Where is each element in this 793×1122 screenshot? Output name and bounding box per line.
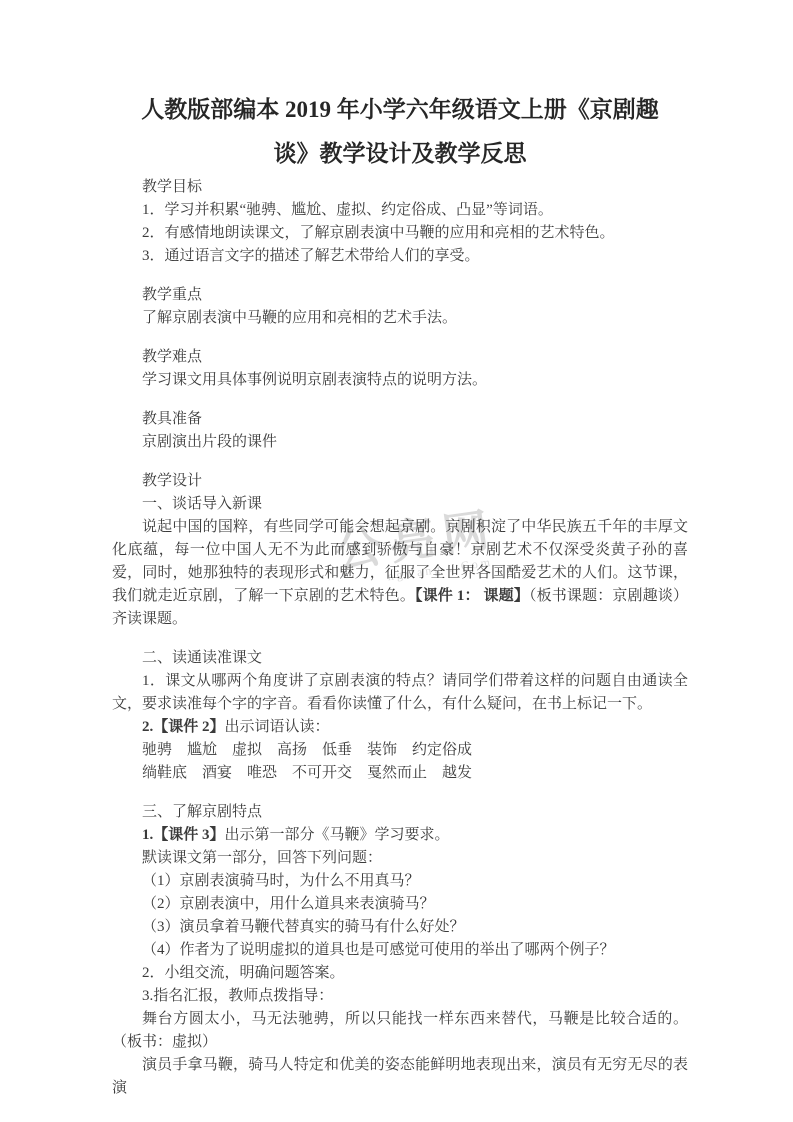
section-heading-design: 教学设计 (112, 470, 688, 493)
blank-line (112, 785, 688, 801)
intro-paragraph: 说起中国的国粹，有些同学可能会想起京剧。京剧积淀了中华民族五千年的丰厚文化底蕴，… (112, 516, 688, 631)
question-item: （1）京剧表演骑马时，为什么不用真马？ (112, 870, 688, 893)
paragraph-text: 出示第一部分《马鞭》学习要求。 (225, 827, 450, 843)
title-line-2: 谈》教学设计及教学反思 (112, 132, 688, 176)
paragraph: 京剧演出片段的课件 (112, 431, 688, 454)
question-item: （4）作者为了说明虚拟的道具也是可感觉可使用的举出了哪两个例子？ (112, 939, 688, 962)
word-list-row: 绱鞋底 酒宴 唯恐 不可开交 戛然而止 越发 (112, 762, 688, 785)
paragraph: 3.指名汇报，教师点拨指导： (112, 985, 688, 1008)
paragraph: 了解京剧表演中马鞭的应用和亮相的艺术手法。 (112, 307, 688, 330)
blank-line (112, 392, 688, 408)
title-line-1: 人教版部编本 2019 年小学六年级语文上册《京剧趣 (112, 88, 688, 132)
paragraph: 2.【课件 2】出示词语认读： (112, 716, 688, 739)
document-content: 人教版部编本 2019 年小学六年级语文上册《京剧趣 谈》教学设计及教学反思 教… (112, 88, 688, 1100)
blank-line (112, 330, 688, 346)
question-item: （2）京剧表演中，用什么道具来表演骑马？ (112, 893, 688, 916)
word-list-row: 驰骋 尴尬 虚拟 高扬 低垂 装饰 约定俗成 (112, 739, 688, 762)
courseware-ref-2: 2.【课件 2】 (142, 719, 225, 735)
blank-line (112, 454, 688, 470)
section-heading-materials: 教具准备 (112, 408, 688, 431)
paragraph: 1．课文从哪两个角度讲了京剧表演的特点？请同学们带着这样的问题自由通读全文，要求… (112, 670, 688, 716)
paragraph-text: 出示词语认读： (225, 719, 330, 735)
paragraph: 演员手拿马鞭，骑马人特定和优美的姿态能鲜明地表现出来，演员有无穷无尽的表演 (112, 1054, 688, 1100)
subsection-heading-1: 一、谈话导入新课 (112, 493, 688, 516)
paragraph: 2．小组交流，明确问题答案。 (112, 962, 688, 985)
paragraph: 舞台方圆太小，马无法驰骋，所以只能找一样东西来替代，马鞭是比较合适的。（板书：虚… (112, 1008, 688, 1054)
blank-line (112, 268, 688, 284)
subsection-heading-3: 三、了解京剧特点 (112, 801, 688, 824)
courseware-ref-1: 【课件 1： 课题】 (415, 588, 529, 604)
section-heading-difficulties: 教学难点 (112, 346, 688, 369)
subsection-heading-2: 二、读通读准课文 (112, 647, 688, 670)
paragraph: 1.【课件 3】出示第一部分《马鞭》学习要求。 (112, 824, 688, 847)
paragraph: 学习课文用具体事例说明京剧表演特点的说明方法。 (112, 369, 688, 392)
section-heading-key-points: 教学重点 (112, 284, 688, 307)
courseware-ref-3: 1.【课件 3】 (142, 827, 225, 843)
paragraph: 默读课文第一部分，回答下列问题： (112, 847, 688, 870)
document-page: 公亮网 ngwang . Com 人教版部编本 2019 年小学六年级语文上册《… (0, 0, 793, 1122)
document-title: 人教版部编本 2019 年小学六年级语文上册《京剧趣 谈》教学设计及教学反思 (112, 88, 688, 176)
objective-item: 2．有感情地朗读课文，了解京剧表演中马鞭的应用和亮相的艺术特色。 (112, 222, 688, 245)
question-item: （3）演员拿着马鞭代替真实的骑马有什么好处？ (112, 916, 688, 939)
section-heading-objectives: 教学目标 (112, 176, 688, 199)
blank-line (112, 631, 688, 647)
objective-item: 3．通过语言文字的描述了解艺术带给人们的享受。 (112, 245, 688, 268)
objective-item: 1．学习并积累“驰骋、尴尬、虚拟、约定俗成、凸显”等词语。 (112, 199, 688, 222)
